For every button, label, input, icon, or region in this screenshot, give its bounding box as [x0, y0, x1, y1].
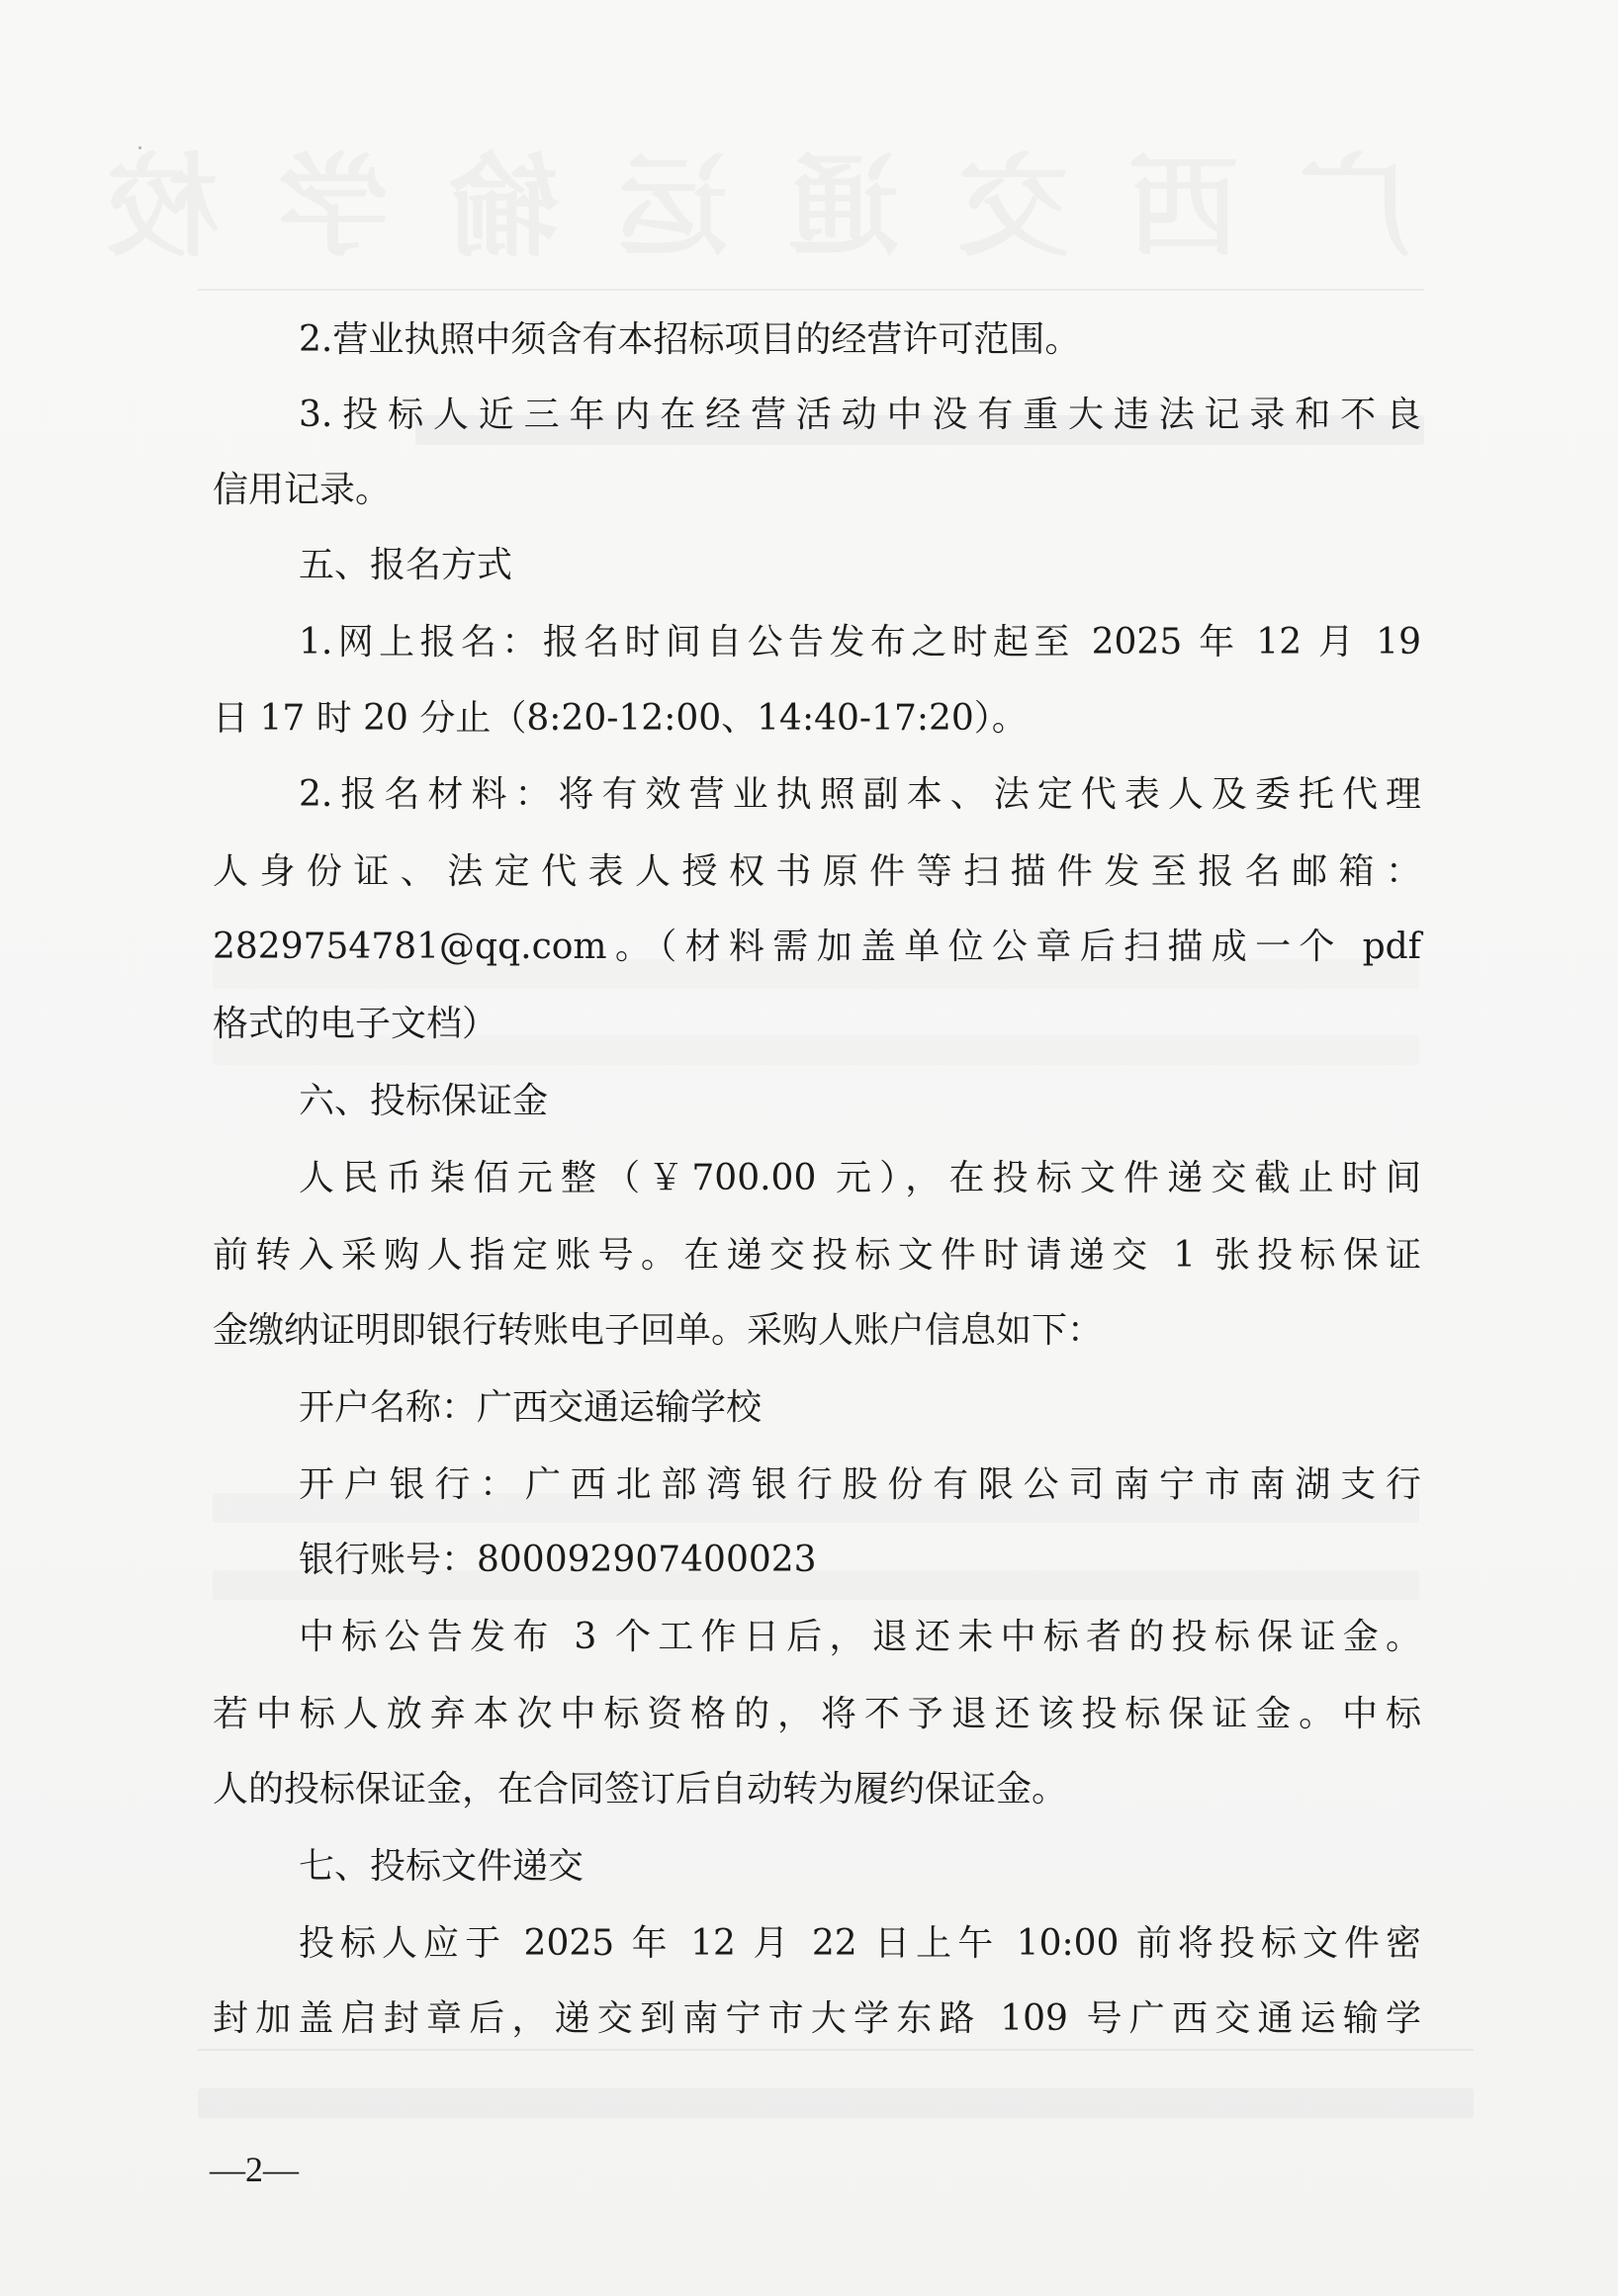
text-line: 人民币柒佰元整（￥700.00 元），在投标文件递交截止时间: [299, 1157, 1421, 1200]
text-line: 1.网上报名：报名时间自公告发布之时起至 2025 年 12 月 19: [299, 621, 1421, 664]
section-heading: 五、报名方式: [299, 544, 1421, 587]
bleed-through-footer-line: [198, 2088, 1474, 2118]
text-line: 开户银行：广西北部湾银行股份有限公司南宁市南湖支行: [299, 1463, 1421, 1507]
page-number: —2—: [210, 2148, 299, 2191]
bleed-through-header: 广西交通运输学校: [193, 148, 1409, 267]
text-line: 前转入采购人指定账号。在递交投标文件时请递交 1 张投标保证: [213, 1234, 1421, 1278]
text-line: 2.报名材料：将有效营业执照副本、法定代表人及委托代理: [299, 773, 1421, 817]
text-line: 投标人应于 2025 年 12 月 22 日上午 10:00 前将投标文件密: [299, 1922, 1421, 1966]
section-heading: 七、投标文件递交: [299, 1845, 1421, 1889]
text-line: 金缴纳证明即银行转账电子回单。采购人账户信息如下：: [213, 1309, 1421, 1353]
text-line: 人的投标保证金，在合同签订后自动转为履约保证金。: [213, 1768, 1421, 1811]
bleed-through-footer-rule: [198, 2049, 1474, 2051]
text-line: 人身份证、法定代表人授权书原件等扫描件发至报名邮箱：: [213, 850, 1421, 894]
text-line: 封加盖启封章后，递交到南宁市大学东路 109 号广西交通运输学: [213, 1997, 1421, 2041]
section-heading: 六、投标保证金: [299, 1080, 1421, 1123]
text-line: 格式的电子文档）: [213, 1003, 1421, 1046]
text-line: 银行账号：800092907400023: [299, 1539, 1421, 1582]
document-page: 广西交通运输学校 2.营业执照中须含有本招标项目的经营许可范围。3.投标人近三年…: [0, 0, 1618, 2296]
text-line: 日 17 时 20 分止（8:20-12:00、14:40-17:20）。: [213, 697, 1421, 741]
text-line: 若中标人放弃本次中标资格的，将不予退还该投标保证金。中标: [213, 1693, 1421, 1736]
text-line: 中标公告发布 3 个工作日后，退还未中标者的投标保证金。: [299, 1616, 1421, 1659]
bleed-through-rule: [198, 289, 1424, 291]
scan-speck: [138, 146, 141, 149]
text-line: 2829754781@qq.com。（材料需加盖单位公章后扫描成一个 pdf: [213, 926, 1421, 969]
text-line: 信用记录。: [213, 469, 1421, 512]
text-line: 3.投标人近三年内在经营活动中没有重大违法记录和不良: [299, 394, 1421, 437]
text-line: 开户名称：广西交通运输学校: [299, 1386, 1421, 1430]
text-line: 2.营业执照中须含有本招标项目的经营许可范围。: [299, 318, 1421, 362]
